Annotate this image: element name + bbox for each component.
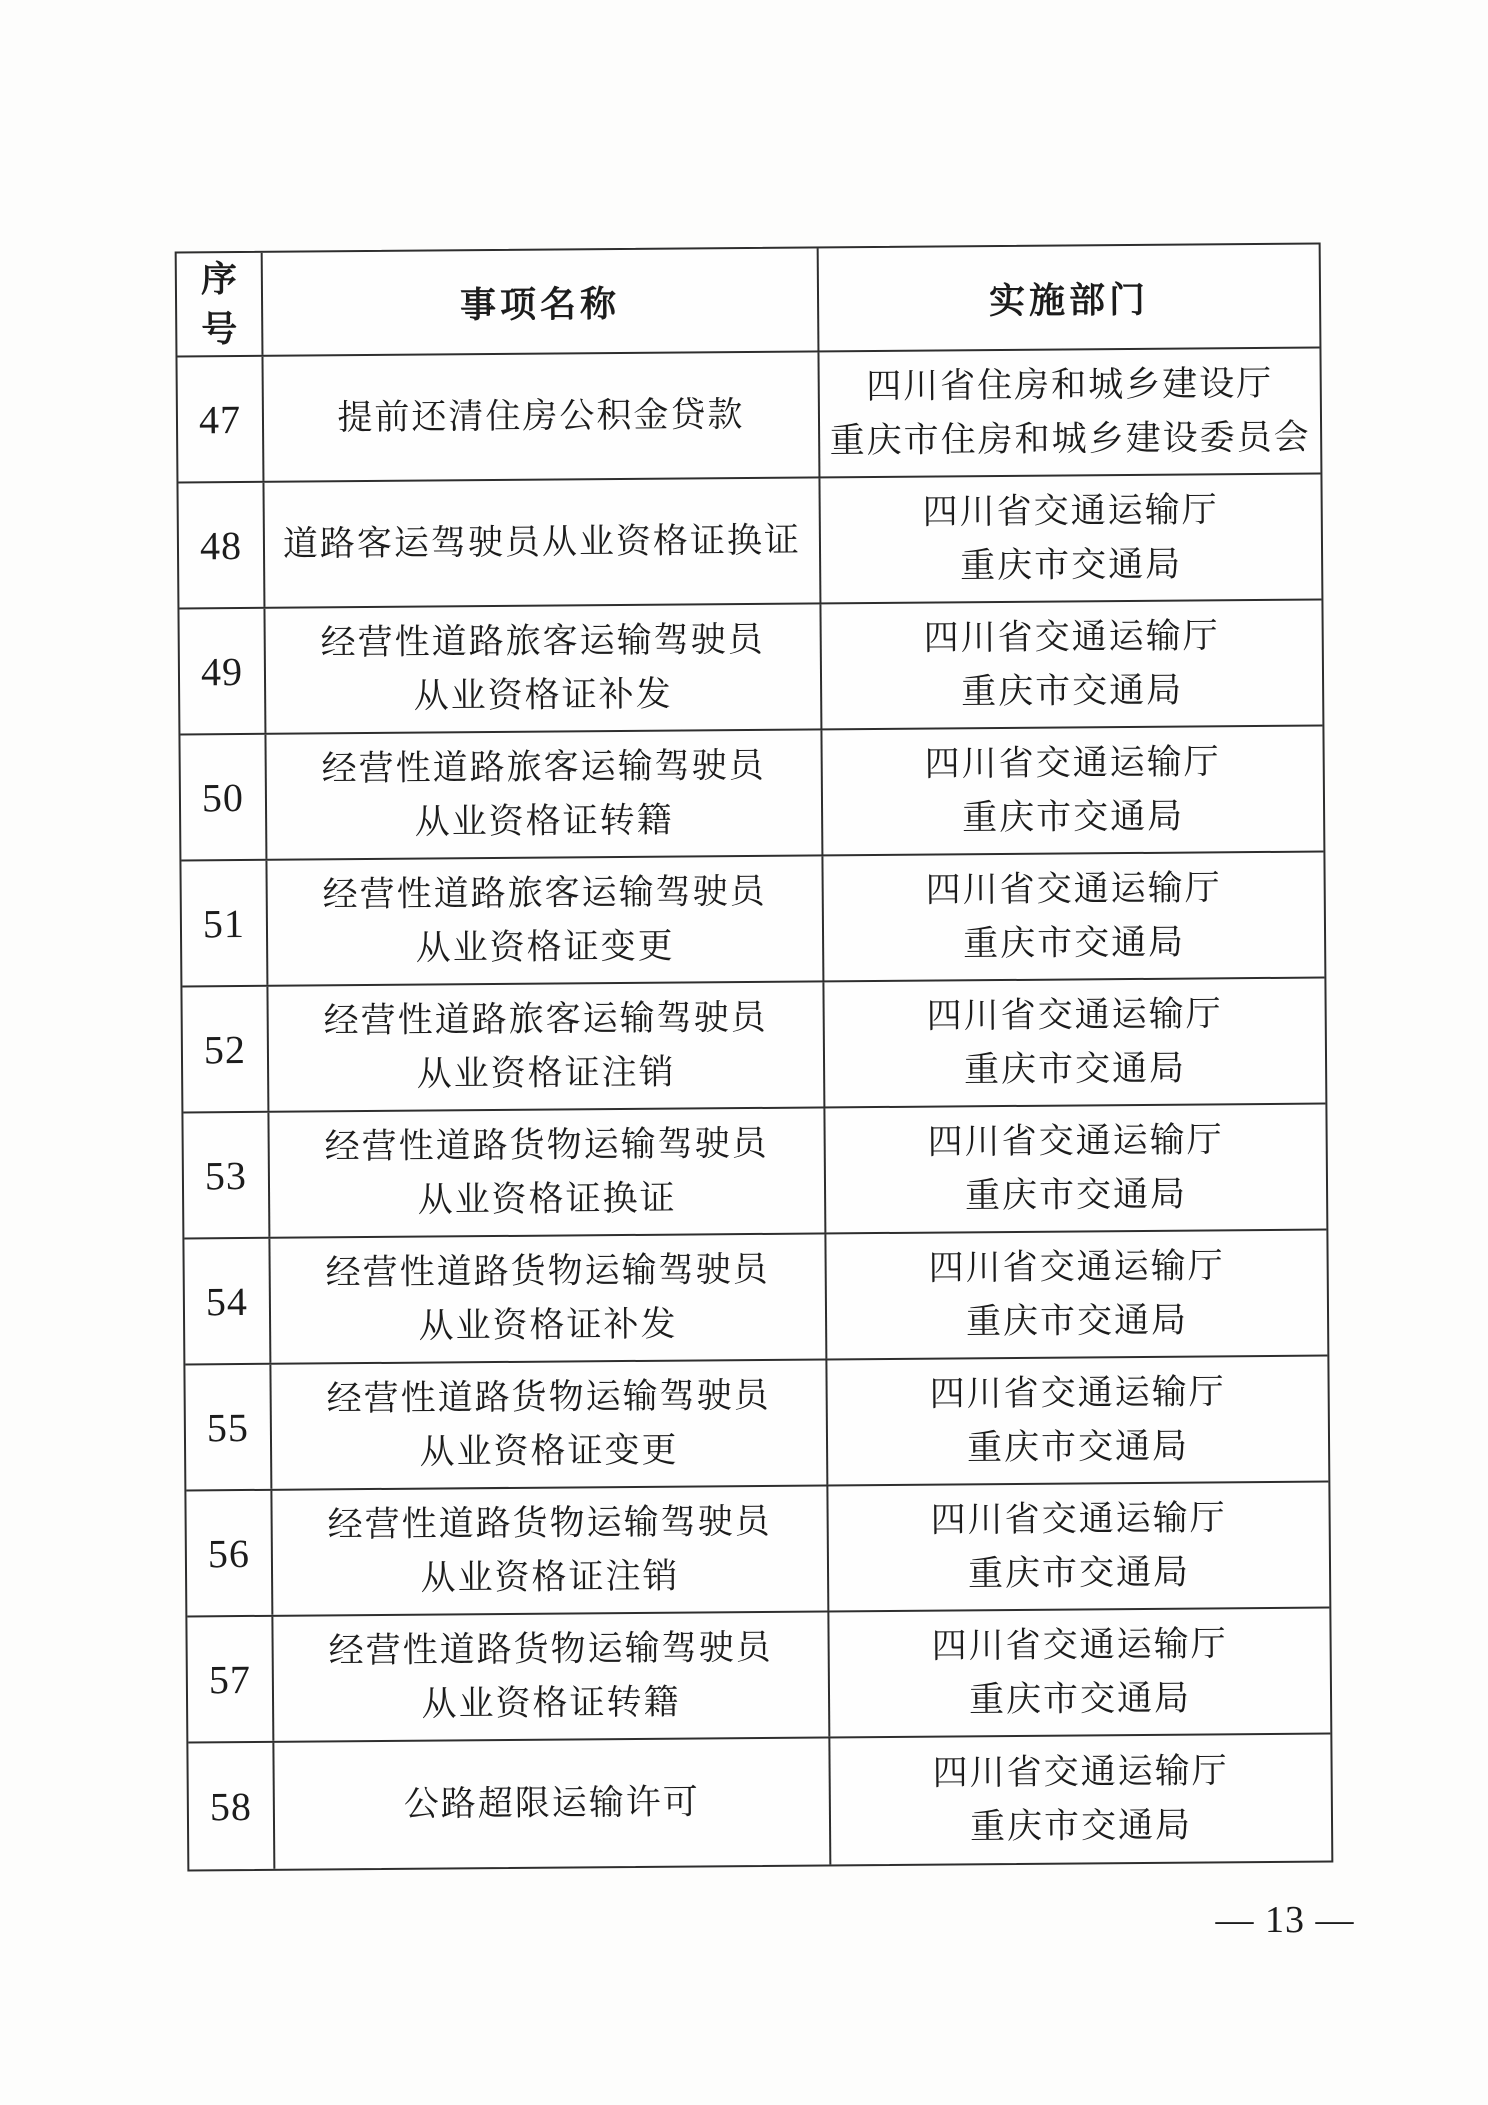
item-name-line: 经营性道路旅客运输驾驶员 [321, 620, 765, 664]
table-row: 56经营性道路货物运输驾驶员从业资格证注销四川省交通运输厅重庆市交通局 [186, 1483, 1329, 1618]
item-name-cell: 经营性道路货物运输驾驶员从业资格证变更 [271, 1360, 828, 1488]
item-name-line: 经营性道路货物运输驾驶员 [327, 1376, 771, 1420]
item-name-line: 经营性道路旅客运输驾驶员 [324, 998, 768, 1042]
header-item-name: 事项名称 [263, 248, 820, 354]
implementing-department-line: 四川省交通运输厅 [926, 868, 1222, 911]
item-name-line: 从业资格证转籍 [414, 800, 673, 842]
implementing-department-cell: 四川省住房和城乡建设厅重庆市住房和城乡建设委员会 [819, 349, 1320, 477]
item-name-line: 经营性道路货物运输驾驶员 [325, 1124, 769, 1168]
item-name-line: 经营性道路货物运输驾驶员 [327, 1502, 771, 1546]
implementing-department-line: 四川省交通运输厅 [929, 1372, 1225, 1415]
implementing-department-line: 重庆市交通局 [961, 670, 1183, 712]
header-item-name-label: 事项名称 [460, 276, 620, 328]
table-row: 49经营性道路旅客运输驾驶员从业资格证补发四川省交通运输厅重庆市交通局 [179, 601, 1322, 736]
implementing-department-line: 四川省交通运输厅 [928, 1120, 1224, 1163]
item-name-cell: 经营性道路旅客运输驾驶员从业资格证变更 [267, 856, 824, 984]
table-row: 53经营性道路货物运输驾驶员从业资格证换证四川省交通运输厅重庆市交通局 [183, 1105, 1326, 1240]
item-name-line: 经营性道路货物运输驾驶员 [328, 1628, 772, 1672]
row-serial-number: 58 [210, 1782, 252, 1829]
implementing-department-cell: 四川省交通运输厅重庆市交通局 [825, 1105, 1326, 1233]
row-serial-number: 56 [208, 1529, 250, 1576]
implementing-department-line: 四川省交通运输厅 [924, 616, 1220, 659]
item-name-line: 经营性道路货物运输驾驶员 [326, 1250, 770, 1294]
implementing-department-line: 四川省交通运输厅 [932, 1751, 1228, 1794]
implementing-department-line: 重庆市住房和城乡建设委员会 [829, 417, 1310, 461]
row-serial-number-cell: 47 [177, 357, 264, 482]
implementing-department-cell: 四川省交通运输厅重庆市交通局 [827, 1357, 1328, 1485]
row-serial-number: 57 [209, 1655, 251, 1702]
row-serial-number-cell: 54 [184, 1239, 271, 1364]
row-serial-number-cell: 52 [182, 987, 269, 1112]
table-row: 50经营性道路旅客运输驾驶员从业资格证转籍四川省交通运输厅重庆市交通局 [180, 727, 1323, 862]
implementing-department-line: 重庆市交通局 [965, 1174, 1187, 1216]
table-row: 52经营性道路旅客运输驾驶员从业资格证注销四川省交通运输厅重庆市交通局 [182, 979, 1325, 1114]
row-serial-number-cell: 49 [179, 609, 266, 734]
implementing-department-cell: 四川省交通运输厅重庆市交通局 [821, 601, 1322, 729]
implementing-department-cell: 四川省交通运输厅重庆市交通局 [824, 979, 1325, 1107]
implementing-department-cell: 四川省交通运输厅重庆市交通局 [828, 1483, 1329, 1611]
implementing-department-line: 重庆市交通局 [963, 922, 1185, 964]
table-header-row: 序号 事项名称 实施部门 [177, 245, 1320, 358]
item-name-line: 从业资格证注销 [416, 1052, 675, 1094]
item-name-line: 从业资格证补发 [413, 674, 672, 716]
implementing-department-line: 重庆市交通局 [962, 796, 1184, 838]
row-serial-number: 47 [199, 396, 241, 443]
implementing-department-line: 四川省交通运输厅 [927, 994, 1223, 1037]
page-number: — 13 — [1200, 1898, 1370, 1942]
implementing-department-line: 重庆市交通局 [967, 1426, 1189, 1468]
implementing-department-line: 四川省交通运输厅 [925, 742, 1221, 785]
approval-items-table: 序号 事项名称 实施部门 47提前还清住房公积金贷款四川省住房和城乡建设厅重庆市… [175, 243, 1334, 1872]
row-serial-number-cell: 58 [188, 1743, 275, 1870]
item-name-line: 从业资格证换证 [417, 1178, 676, 1220]
item-name-line: 公路超限运输许可 [404, 1782, 700, 1825]
implementing-department-line: 四川省交通运输厅 [930, 1498, 1226, 1541]
item-name-cell: 经营性道路货物运输驾驶员从业资格证注销 [272, 1486, 829, 1614]
implementing-department-line: 重庆市交通局 [960, 544, 1182, 586]
table-row: 51经营性道路旅客运输驾驶员从业资格证变更四川省交通运输厅重庆市交通局 [181, 853, 1324, 988]
implementing-department-line: 重庆市交通局 [964, 1048, 1186, 1090]
item-name-cell: 经营性道路旅客运输驾驶员从业资格证注销 [268, 982, 825, 1110]
implementing-department-line: 重庆市交通局 [968, 1552, 1190, 1594]
item-name-cell: 经营性道路旅客运输驾驶员从业资格证转籍 [266, 730, 823, 858]
table-row: 58公路超限运输许可四川省交通运输厅重庆市交通局 [188, 1734, 1331, 1869]
table-body: 47提前还清住房公积金贷款四川省住房和城乡建设厅重庆市住房和城乡建设委员会48道… [177, 349, 1331, 1870]
implementing-department-line: 四川省交通运输厅 [923, 490, 1219, 533]
implementing-department-cell: 四川省交通运输厅重庆市交通局 [826, 1231, 1327, 1359]
item-name-line: 从业资格证注销 [420, 1556, 679, 1598]
row-serial-number: 55 [207, 1403, 249, 1450]
document-page: 序号 事项名称 实施部门 47提前还清住房公积金贷款四川省住房和城乡建设厅重庆市… [0, 0, 1488, 2105]
item-name-cell: 经营性道路货物运输驾驶员从业资格证换证 [269, 1108, 826, 1236]
item-name-cell: 提前还清住房公积金贷款 [263, 352, 820, 480]
implementing-department-cell: 四川省交通运输厅重庆市交通局 [823, 853, 1324, 981]
item-name-line: 从业资格证转籍 [421, 1682, 680, 1724]
row-serial-number: 50 [202, 773, 244, 820]
implementing-department-cell: 四川省交通运输厅重庆市交通局 [830, 1734, 1331, 1864]
row-serial-number: 54 [206, 1277, 248, 1324]
row-serial-number: 48 [200, 522, 242, 569]
header-serial-number-label: 序号 [197, 255, 242, 355]
row-serial-number-cell: 53 [183, 1113, 270, 1238]
item-name-line: 从业资格证补发 [418, 1304, 677, 1346]
item-name-line: 道路客运驾驶员从业资格证换证 [283, 520, 801, 564]
implementing-department-line: 重庆市交通局 [970, 1805, 1192, 1847]
implementing-department-cell: 四川省交通运输厅重庆市交通局 [829, 1608, 1330, 1736]
item-name-cell: 经营性道路货物运输驾驶员从业资格证转籍 [273, 1612, 830, 1740]
item-name-cell: 道路客运驾驶员从业资格证换证 [264, 478, 821, 606]
implementing-department-cell: 四川省交通运输厅重庆市交通局 [822, 727, 1323, 855]
row-serial-number: 51 [203, 899, 245, 946]
row-serial-number: 53 [205, 1151, 247, 1198]
table-row: 55经营性道路货物运输驾驶员从业资格证变更四川省交通运输厅重庆市交通局 [185, 1357, 1328, 1492]
implementing-department-line: 四川省住房和城乡建设厅 [866, 364, 1273, 407]
header-implementing-department-label: 实施部门 [989, 271, 1149, 323]
item-name-cell: 公路超限运输许可 [274, 1738, 831, 1868]
item-name-line: 提前还清住房公积金贷款 [337, 395, 744, 438]
table-row: 57经营性道路货物运输驾驶员从业资格证转籍四川省交通运输厅重庆市交通局 [187, 1608, 1330, 1743]
row-serial-number-cell: 57 [187, 1617, 274, 1742]
row-serial-number-cell: 51 [181, 861, 268, 986]
item-name-cell: 经营性道路旅客运输驾驶员从业资格证补发 [265, 604, 822, 732]
row-serial-number: 49 [201, 648, 243, 695]
table-row: 54经营性道路货物运输驾驶员从业资格证补发四川省交通运输厅重庆市交通局 [184, 1231, 1327, 1366]
table-row: 48道路客运驾驶员从业资格证换证四川省交通运输厅重庆市交通局 [178, 475, 1321, 610]
row-serial-number-cell: 55 [185, 1365, 272, 1490]
header-implementing-department: 实施部门 [819, 245, 1320, 351]
row-serial-number: 52 [204, 1025, 246, 1072]
implementing-department-line: 重庆市交通局 [966, 1300, 1188, 1342]
item-name-line: 经营性道路旅客运输驾驶员 [322, 746, 766, 790]
row-serial-number-cell: 50 [180, 735, 267, 860]
implementing-department-line: 重庆市交通局 [969, 1678, 1191, 1720]
header-serial-number: 序号 [177, 253, 264, 356]
implementing-department-line: 四川省交通运输厅 [931, 1624, 1227, 1667]
item-name-line: 从业资格证变更 [415, 926, 674, 968]
row-serial-number-cell: 56 [186, 1491, 273, 1616]
table-row: 47提前还清住房公积金贷款四川省住房和城乡建设厅重庆市住房和城乡建设委员会 [177, 349, 1320, 484]
implementing-department-cell: 四川省交通运输厅重庆市交通局 [820, 475, 1321, 603]
implementing-department-line: 四川省交通运输厅 [928, 1246, 1224, 1289]
item-name-cell: 经营性道路货物运输驾驶员从业资格证补发 [270, 1234, 827, 1362]
row-serial-number-cell: 48 [178, 483, 265, 608]
item-name-line: 经营性道路旅客运输驾驶员 [323, 872, 767, 916]
item-name-line: 从业资格证变更 [419, 1430, 678, 1472]
